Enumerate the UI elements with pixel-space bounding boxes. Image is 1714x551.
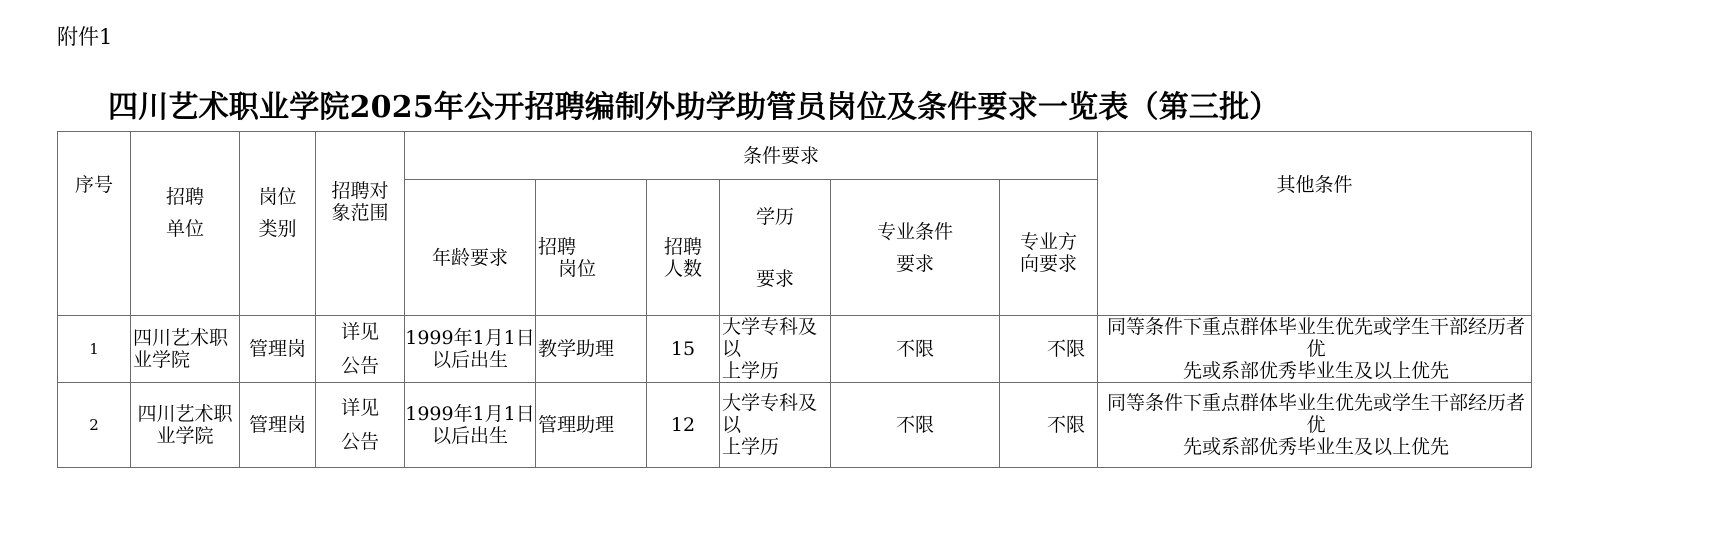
header-direction: 专业方 向要求 (1000, 180, 1098, 316)
table-row: 1 四川艺术职 业学院 管理岗 详见 公告 1999年1月1日 以后出生 教学助… (58, 316, 1532, 383)
header-count-line1: 招聘 (647, 236, 719, 258)
header-scope-line1: 招聘对 (316, 180, 404, 202)
cell-seq: 1 (58, 316, 131, 383)
cell-count: 15 (647, 316, 720, 383)
cell-category: 管理岗 (240, 383, 316, 468)
header-age-label: 年龄要求 (405, 247, 535, 269)
attachment-label: 附件1 (57, 22, 112, 52)
cell-direction: 不限 (1000, 383, 1098, 468)
cell-major: 不限 (831, 383, 1000, 468)
header-age: 年龄要求 (405, 180, 536, 316)
cell-age-line2: 以后出生 (405, 349, 535, 371)
cell-scope: 详见 公告 (316, 316, 405, 383)
cell-age-line2: 以后出生 (405, 425, 535, 447)
cell-age-line1: 1999年1月1日 (405, 403, 535, 425)
header-category-line1: 岗位 (240, 186, 315, 208)
cell-position: 教学助理 (536, 316, 647, 383)
header-position: 招聘 岗位 (536, 180, 647, 316)
header-category-line2: 类别 (240, 218, 315, 240)
header-count-line2: 人数 (647, 258, 719, 280)
cell-education: 大学专科及以 上学历 (720, 383, 831, 468)
header-education-line2: 要求 (720, 268, 830, 290)
cell-education: 大学专科及以 上学历 (720, 316, 831, 383)
header-unit-line2: 单位 (131, 218, 239, 240)
cell-scope-line2: 公告 (316, 431, 404, 453)
title-prefix: 四川艺术职业学院 (108, 90, 350, 125)
table-row: 2 四川艺术职 业学院 管理岗 详见 公告 1999年1月1日 以后出生 管理助… (58, 383, 1532, 468)
header-education: 学历 要求 (720, 180, 831, 316)
page-title: 四川艺术职业学院2025年公开招聘编制外助学助管员岗位及条件要求一览表（第三批） (108, 88, 1488, 128)
header-position-line2: 岗位 (536, 258, 646, 280)
cell-other-line2: 先或系部优秀毕业生及以上优先 (1101, 436, 1531, 458)
cell-scope-line1: 详见 (316, 397, 404, 419)
cell-education-line1: 大学专科及以 (722, 316, 830, 360)
header-seq: 序号 (58, 132, 131, 316)
cell-direction: 不限 (1000, 316, 1098, 383)
header-other: 其他条件 (1098, 132, 1532, 316)
cell-scope: 详见 公告 (316, 383, 405, 468)
header-other-label: 其他条件 (1098, 174, 1531, 196)
cell-education-line1: 大学专科及以 (722, 392, 830, 436)
header-unit: 招聘 单位 (131, 132, 240, 316)
title-year: 2025 (350, 90, 434, 125)
cell-age: 1999年1月1日 以后出生 (405, 383, 536, 468)
header-unit-line1: 招聘 (131, 186, 239, 208)
cell-unit-line2: 业学院 (133, 349, 239, 371)
cell-unit: 四川艺术职 业学院 (131, 383, 240, 468)
header-position-line1: 招聘 (536, 236, 646, 258)
header-seq-label: 序号 (58, 174, 130, 196)
cell-age: 1999年1月1日 以后出生 (405, 316, 536, 383)
positions-table: 序号 招聘 单位 岗位 类别 招聘对 象范围 条件要求 其他条件 (57, 131, 1532, 468)
cell-unit-line1: 四川艺术职 (133, 327, 239, 349)
cell-education-line2: 上学历 (722, 436, 830, 458)
cell-unit: 四川艺术职 业学院 (131, 316, 240, 383)
cell-scope-line1: 详见 (316, 321, 404, 343)
header-major: 专业条件 要求 (831, 180, 1000, 316)
header-education-line1: 学历 (720, 206, 830, 228)
header-scope: 招聘对 象范围 (316, 132, 405, 316)
header-conditions-label: 条件要求 (405, 145, 1097, 167)
cell-other: 同等条件下重点群体毕业生优先或学生干部经历者优 先或系部优秀毕业生及以上优先 (1098, 316, 1532, 383)
cell-major: 不限 (831, 316, 1000, 383)
cell-other-line1: 同等条件下重点群体毕业生优先或学生干部经历者优 (1101, 392, 1531, 436)
cell-unit-line2: 业学院 (131, 425, 239, 447)
cell-scope-line2: 公告 (316, 355, 404, 377)
header-conditions-group: 条件要求 (405, 132, 1098, 180)
cell-count: 12 (647, 383, 720, 468)
cell-category: 管理岗 (240, 316, 316, 383)
header-major-line1: 专业条件 (831, 221, 999, 243)
header-count: 招聘 人数 (647, 180, 720, 316)
title-suffix: 年公开招聘编制外助学助管员岗位及条件要求一览表（第三批） (434, 90, 1280, 125)
cell-other: 同等条件下重点群体毕业生优先或学生干部经历者优 先或系部优秀毕业生及以上优先 (1098, 383, 1532, 468)
cell-unit-line1: 四川艺术职 (131, 403, 239, 425)
cell-age-line1: 1999年1月1日 (405, 327, 535, 349)
header-direction-line2: 向要求 (1000, 253, 1097, 275)
cell-seq: 2 (58, 383, 131, 468)
header-scope-line2: 象范围 (316, 202, 404, 224)
header-category: 岗位 类别 (240, 132, 316, 316)
cell-position: 管理助理 (536, 383, 647, 468)
cell-other-line2: 先或系部优秀毕业生及以上优先 (1101, 360, 1531, 382)
header-major-line2: 要求 (831, 253, 999, 275)
header-direction-line1: 专业方 (1000, 231, 1097, 253)
cell-education-line2: 上学历 (722, 360, 830, 382)
header-row-1: 序号 招聘 单位 岗位 类别 招聘对 象范围 条件要求 其他条件 (58, 132, 1532, 180)
cell-other-line1: 同等条件下重点群体毕业生优先或学生干部经历者优 (1101, 316, 1531, 360)
